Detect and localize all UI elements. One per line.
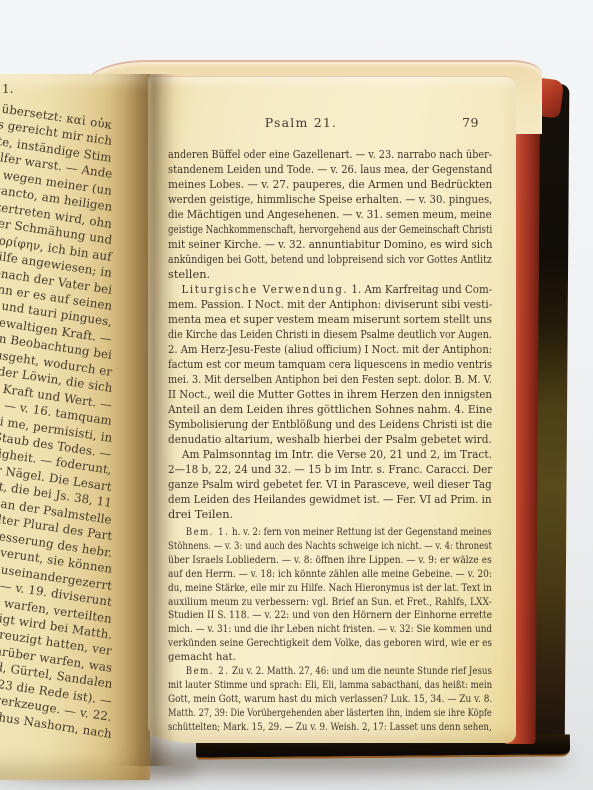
text-line: dem Leiden des Heilandes gewidmet ist. —…: [168, 492, 460, 507]
text-line: gemacht hat.: [168, 651, 492, 665]
text-line: Bem. 1. h. v. 2: fern von meiner Rettung…: [168, 526, 443, 540]
left-page-header-fragment: 1.: [2, 82, 13, 96]
paragraph: anderen Büffel oder eine Gazellenart. — …: [168, 147, 492, 282]
text-line: Symbolisierung der Entblößung und des Le…: [168, 417, 456, 432]
page-header: Psalm 21. 79: [168, 115, 492, 131]
text-line: schüttelten; Mark. 15, 29. — Zu v. 9. We…: [168, 721, 442, 735]
text-line: geistige Nachkommenschaft, hervorgehend …: [168, 222, 415, 237]
text-line: die Kirche das Leiden Christi in diesem …: [168, 327, 437, 342]
text-line: werden geistige, himmlische Speise erhal…: [168, 192, 456, 207]
paragraph-lead: Liturgische Verwendung.: [182, 282, 349, 296]
text-line: auf den Herrn. — v. 18: ich könnte zähle…: [168, 568, 456, 582]
text-line: Studien II S. 118. — v. 22: und von den …: [168, 609, 460, 623]
text-line: Am Palmsonntag im Intr. die Verse 20, 21…: [168, 447, 467, 462]
text-line: drei Teilen.: [168, 507, 492, 522]
text-line: mem. Passion. I Noct. mit der Antiphon: …: [168, 297, 466, 312]
paragraph: Liturgische Verwendung. 1. Am Karfreitag…: [168, 282, 492, 447]
text-line: 2—18 b, 22, 24 und 32. — 15 b im Intr. s…: [168, 462, 464, 477]
paragraph: Bem. 1. h. v. 2: fern von meiner Rettung…: [168, 526, 492, 665]
text-line: du, meine Stärke, eile mir zu Hilfe. Nac…: [168, 582, 449, 596]
text-line: standenem Leiden und Tode. — v. 26. laus…: [168, 162, 452, 177]
text-line: Liturgische Verwendung. 1. Am Karfreitag…: [168, 282, 460, 297]
text-line: 2. Am Herz-Jesu-Feste (aliud officium) I…: [168, 342, 452, 357]
text-line: mich. — v. 31: und die ihr Leben nicht f…: [168, 623, 451, 637]
text-line: Stöhnens. — v. 3: und auch des Nachts sc…: [168, 540, 439, 554]
text-line: ganze Psalm wird gebetet fer. VI in Para…: [168, 477, 460, 492]
book-photo: 1. st in g. übersetzt: καὶ οὐκersetzt is…: [0, 0, 593, 790]
paragraph: Bem. 2. Zu v. 2. Matth. 27, 46: und um d…: [168, 665, 492, 735]
text-line: meines Lobes. — v. 27. pauperes, die Arm…: [168, 177, 466, 192]
page-body-text: anderen Büffel oder eine Gazellenart. — …: [168, 147, 492, 735]
text-line: verkünden seine Gerechtigkeit dem Volke,…: [168, 637, 455, 651]
text-line: über Israels Lobliedern. — v. 8: öffnen …: [168, 554, 457, 568]
text-line: denudatio altarium, weshalb hierbei der …: [168, 432, 466, 447]
text-line: mit seiner Kirche. — v. 32. annuntiabitu…: [168, 237, 460, 252]
text-line: stellen.: [168, 267, 492, 282]
paragraph-lead: Bem. 2.: [186, 666, 229, 677]
text-line: menta mea et super vestem meam miserunt …: [168, 312, 464, 327]
text-line: Anteil an dem Leiden ihres göttlichen So…: [168, 402, 471, 417]
text-line: mei. 3. Mit derselben Antiphon bei den F…: [168, 372, 441, 387]
text-line: ankündigen bei Gott, betend und lobpreis…: [168, 252, 434, 267]
text-line: die Mächtigen und Angesehenen. — v. 31. …: [168, 207, 455, 222]
text-line: anderen Büffel oder eine Gazellenart. — …: [168, 147, 443, 162]
text-line: factum est cor meum tamquam cera liquesc…: [168, 357, 451, 372]
left-page-text: 1. st in g. übersetzt: καὶ οὐκersetzt is…: [0, 74, 150, 780]
page-title: Psalm 21.: [168, 115, 434, 130]
text-line: mit lauter Stimme und sprach: Eli, Eli, …: [168, 679, 442, 693]
text-line: Matth. 27, 39: Die Vorübergehenden aber …: [168, 707, 431, 721]
text-line: Bem. 2. Zu v. 2. Matth. 27, 46: und um d…: [168, 665, 443, 679]
left-page: 1. st in g. übersetzt: καὶ οὐκersetzt is…: [0, 74, 150, 780]
paragraph-lead: Bem. 1.: [186, 527, 229, 538]
right-page: Psalm 21. 79 anderen Büffel oder eine Ga…: [148, 76, 516, 743]
text-line: auxilium meum zu verbessern: vgl. Brief …: [168, 596, 456, 610]
paragraph: Am Palmsonntag im Intr. die Verse 20, 21…: [168, 447, 492, 522]
text-line: II Noct., weil die Mutter Gottes in ihre…: [168, 387, 458, 402]
text-line: Gott, mein Gott, warum hast du mich verl…: [168, 693, 452, 707]
page-number: 79: [462, 115, 479, 130]
